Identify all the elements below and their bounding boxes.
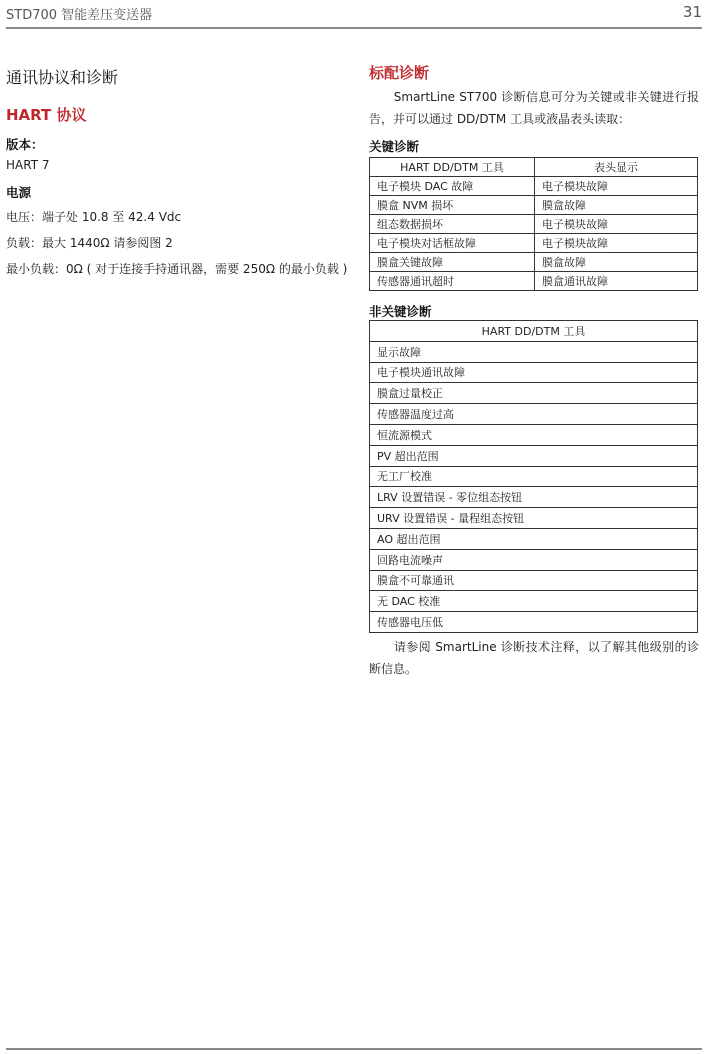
table-row: 电子模块 DAC 故障 电子模块故障	[370, 177, 698, 196]
table-row: 电子模块通讯故障	[370, 362, 698, 383]
table-header-row: HART DD/DTM 工具 表头显示	[370, 158, 698, 177]
table-cell: 传感器电压低	[370, 612, 698, 633]
table-cell: LRV 设置错误 - 零位组态按钮	[370, 487, 698, 508]
power-label: 电源	[6, 183, 31, 201]
table-row: 传感器通讯超时 膜盒通讯故障	[370, 272, 698, 291]
table-row: 恒流源模式	[370, 424, 698, 445]
table-row: 显示故障	[370, 341, 698, 362]
version-label: 版本：	[6, 135, 44, 153]
noncritical-diagnostics-table: HART DD/DTM 工具 显示故障 电子模块通讯故障 膜盒过量校正 传感器温…	[369, 320, 698, 633]
min-load-spec: 最小负载：0Ω ( 对于连接手持通讯器，需要 250Ω 的最小负载 )	[6, 260, 347, 277]
table-row: 膜盒不可靠通讯	[370, 570, 698, 591]
table-cell: 电子模块故障	[535, 215, 698, 234]
table-row: 无 DAC 校准	[370, 591, 698, 612]
intro-paragraph: SmartLine ST700 诊断信息可分为关键或非关键进行报告，并可以通过 …	[369, 86, 699, 130]
table-cell: URV 设置错误 - 量程组态按钮	[370, 508, 698, 529]
table-cell: 电子模块故障	[535, 177, 698, 196]
table-cell: 无工厂校准	[370, 466, 698, 487]
table-row: 电子模块对话框故障 电子模块故障	[370, 234, 698, 253]
table-row: AO 超出范围	[370, 528, 698, 549]
table-cell: PV 超出范围	[370, 445, 698, 466]
table-cell: 电子模块 DAC 故障	[370, 177, 535, 196]
load-spec: 负载：最大 1440Ω 请参阅图 2	[6, 234, 173, 251]
table-cell: 膜盒过量校正	[370, 383, 698, 404]
section-title-communication: 通讯协议和诊断	[6, 65, 118, 88]
table-row: 回路电流噪声	[370, 549, 698, 570]
table-cell: 回路电流噪声	[370, 549, 698, 570]
table-cell: 显示故障	[370, 341, 698, 362]
table-cell: 膜盒故障	[535, 196, 698, 215]
column-header: HART DD/DTM 工具	[370, 321, 698, 342]
table-cell: 膜盒通讯故障	[535, 272, 698, 291]
table-row: 膜盒关键故障 膜盒故障	[370, 253, 698, 272]
table-row: 膜盒过量校正	[370, 383, 698, 404]
table-row: 无工厂校准	[370, 466, 698, 487]
table-cell: 膜盒不可靠通讯	[370, 570, 698, 591]
critical-diagnostics-label: 关键诊断	[369, 137, 419, 155]
noncritical-diagnostics-label: 非关键诊断	[369, 302, 432, 320]
table-row: 膜盒 NVM 损坏 膜盒故障	[370, 196, 698, 215]
table-cell: AO 超出范围	[370, 528, 698, 549]
section-title-standard-diagnostics: 标配诊断	[369, 62, 429, 83]
column-header: HART DD/DTM 工具	[370, 158, 535, 177]
document-title: STD700 智能差压变送器	[6, 4, 152, 23]
critical-diagnostics-table: HART DD/DTM 工具 表头显示 电子模块 DAC 故障 电子模块故障 膜…	[369, 157, 698, 291]
version-value: HART 7	[6, 158, 49, 172]
table-row: 组态数据损坏 电子模块故障	[370, 215, 698, 234]
table-cell: 无 DAC 校准	[370, 591, 698, 612]
table-row: PV 超出范围	[370, 445, 698, 466]
table-cell: 膜盒 NVM 损坏	[370, 196, 535, 215]
table-cell: 膜盒关键故障	[370, 253, 535, 272]
footnote-paragraph: 请参阅 SmartLine 诊断技术注释，以了解其他级别的诊断信息。	[369, 636, 699, 680]
table-row: 传感器温度过高	[370, 404, 698, 425]
table-cell: 膜盒故障	[535, 253, 698, 272]
table-header-row: HART DD/DTM 工具	[370, 321, 698, 342]
table-cell: 电子模块对话框故障	[370, 234, 535, 253]
footer-rule	[6, 1048, 702, 1050]
page-number: 31	[683, 3, 702, 21]
subsection-title-hart: HART 协议	[6, 104, 87, 125]
table-cell: 传感器温度过高	[370, 404, 698, 425]
table-cell: 电子模块通讯故障	[370, 362, 698, 383]
table-row: 传感器电压低	[370, 612, 698, 633]
voltage-spec: 电压：端子处 10.8 至 42.4 Vdc	[6, 208, 181, 225]
table-cell: 组态数据损坏	[370, 215, 535, 234]
page-header: STD700 智能差压变送器 31	[6, 0, 702, 29]
table-cell: 恒流源模式	[370, 424, 698, 445]
table-row: LRV 设置错误 - 零位组态按钮	[370, 487, 698, 508]
column-header: 表头显示	[535, 158, 698, 177]
table-cell: 传感器通讯超时	[370, 272, 535, 291]
table-row: URV 设置错误 - 量程组态按钮	[370, 508, 698, 529]
table-cell: 电子模块故障	[535, 234, 698, 253]
